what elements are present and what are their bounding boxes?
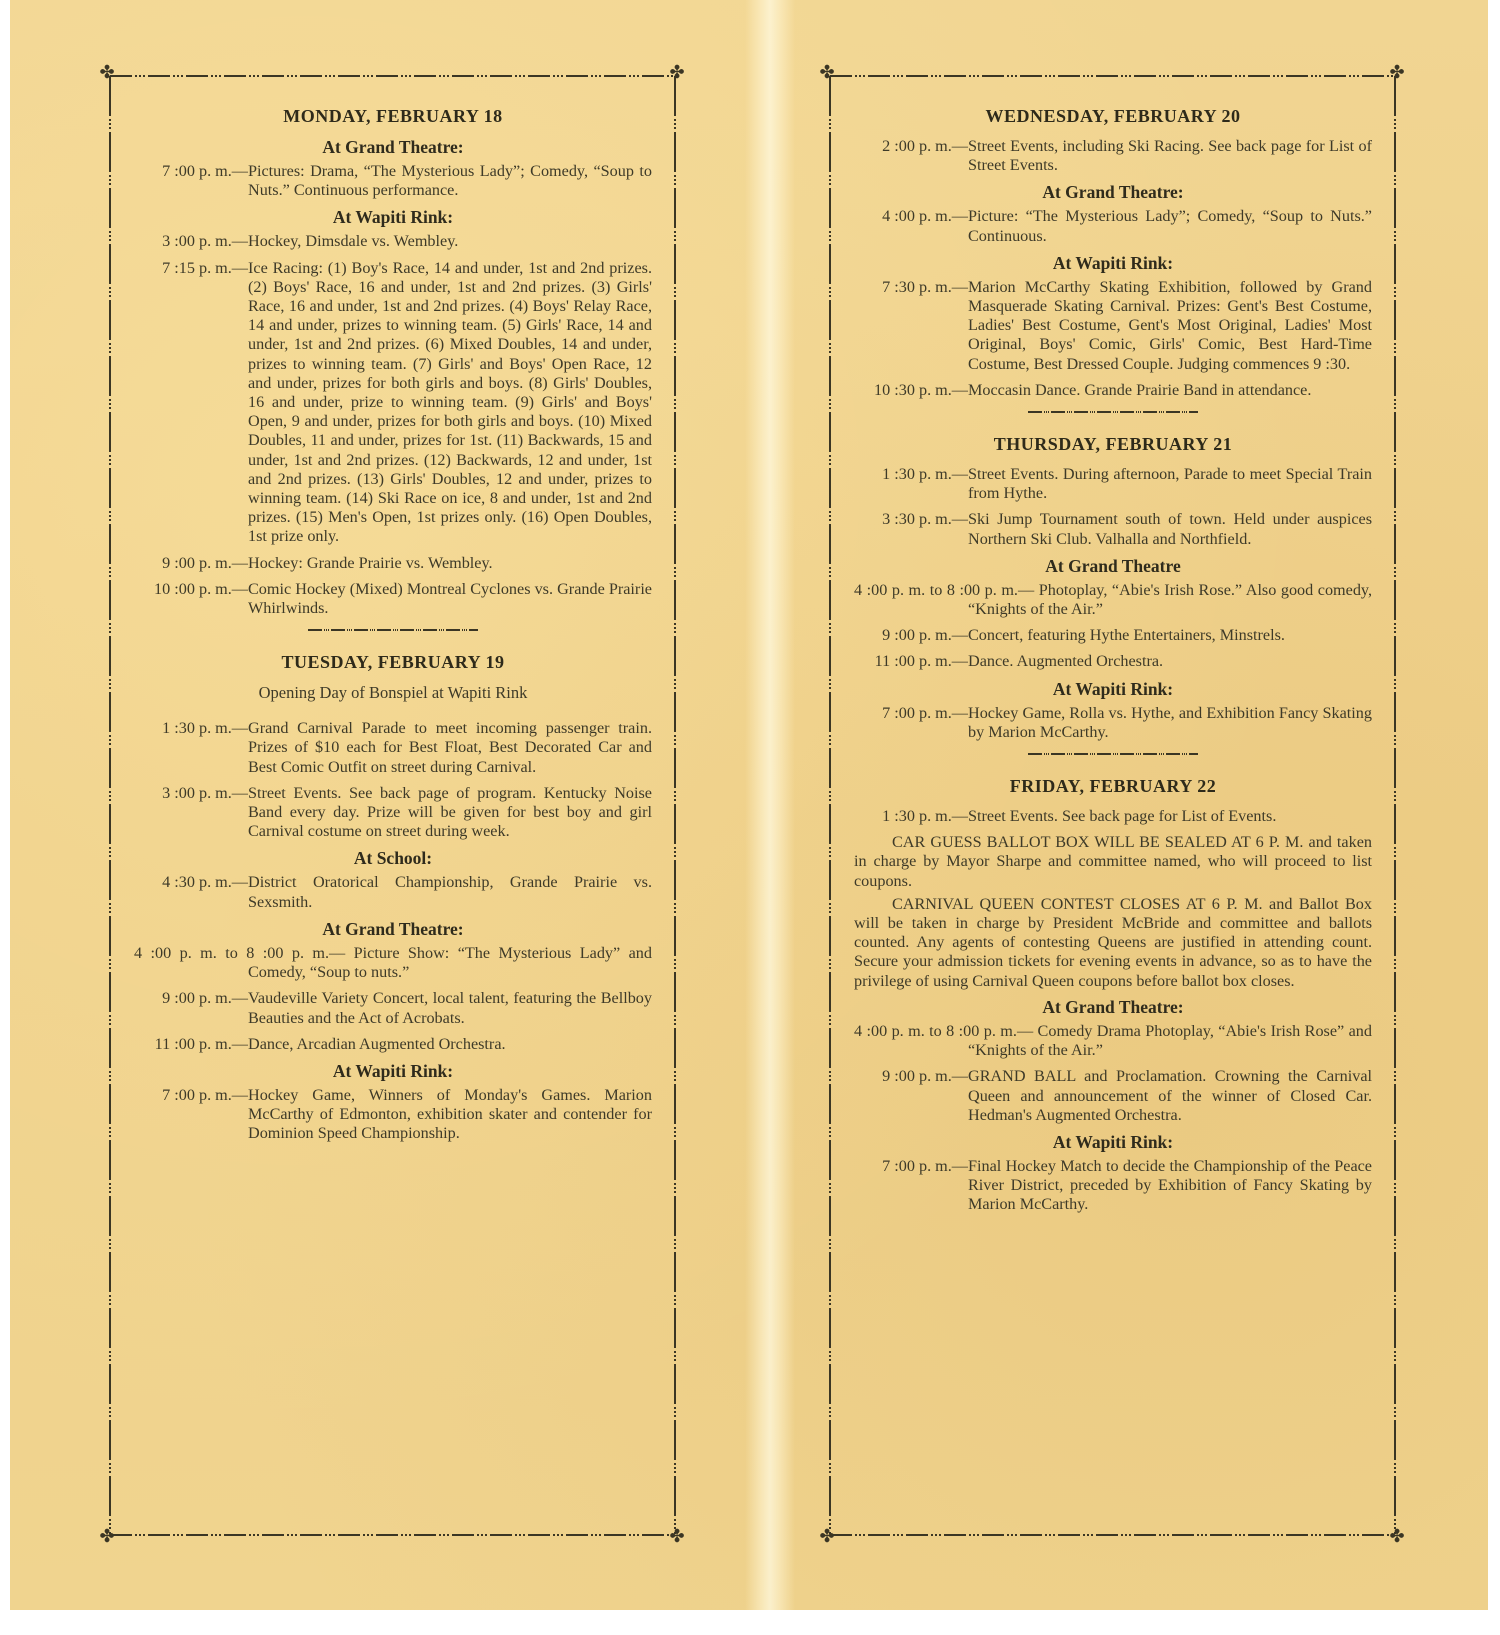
venue-heading: At Grand Theatre:	[134, 137, 652, 158]
entry-time: 7 :00 p. m.—	[854, 704, 968, 742]
entry-description: Moccasin Dance. Grande Prairie Band in a…	[968, 381, 1372, 400]
day-thursday: THURSDAY, FEBRUARY 21 1 :30 p. m.— Stree…	[854, 434, 1372, 742]
entry-time: 9 :00 p. m.—	[134, 554, 248, 573]
entry-description: Marion McCarthy Skating Exhibition, foll…	[968, 278, 1372, 374]
entry-time: 4 :00 p. m. to 8 :00 p. m.—	[854, 1022, 1033, 1040]
entry-time: 1 :30 p. m.—	[854, 807, 968, 826]
entry-time: 1 :30 p. m.—	[134, 719, 248, 777]
schedule-entry: 7 :00 p. m.— Hockey Game, Rolla vs. Hyth…	[854, 704, 1372, 742]
entry-time: 1 :30 p. m.—	[854, 465, 968, 503]
corner-ornament-icon: ✤	[669, 65, 685, 81]
notice-paragraph: CARNIVAL QUEEN CONTEST CLOSES AT 6 P. M.…	[854, 895, 1372, 991]
schedule-entry: 4 :00 p. m.— Picture: “The Mysterious La…	[854, 207, 1372, 245]
corner-ornament-icon: ✤	[99, 1529, 115, 1545]
entry-description: GRAND BALL and Proclamation. Crowning th…	[968, 1067, 1372, 1125]
schedule-entry: 9 :00 p. m.— Hockey: Grande Prairie vs. …	[134, 554, 652, 573]
paper-sheet: ✤ ✤ ✤ ✤ MONDAY, FEBRUARY 18 At Grand The…	[10, 0, 1488, 1610]
schedule-entry: 4 :00 p. m. to 8 :00 p. m.— Comedy Drama…	[854, 1022, 1372, 1060]
venue-heading: At Wapiti Rink:	[854, 253, 1372, 274]
center-fold	[745, 0, 795, 1610]
schedule-entry: 9 :00 p. m.— GRAND BALL and Proclamation…	[854, 1067, 1372, 1125]
entry-description: Hockey Game, Winners of Monday's Games. …	[248, 1086, 652, 1144]
entry-time: 10 :00 p. m.—	[134, 580, 248, 618]
entry-description: Concert, featuring Hythe Entertainers, M…	[968, 626, 1372, 645]
schedule-entry: 10 :30 p. m.— Moccasin Dance. Grande Pra…	[854, 381, 1372, 400]
entry-time: 7 :00 p. m.—	[134, 1086, 248, 1144]
entry-description: Hockey Game, Rolla vs. Hythe, and Exhibi…	[968, 704, 1372, 742]
day-title: MONDAY, FEBRUARY 18	[134, 106, 652, 127]
venue-heading: At School:	[134, 848, 652, 869]
day-friday: FRIDAY, FEBRUARY 22 1 :30 p. m.— Street …	[854, 776, 1372, 1214]
corner-ornament-icon: ✤	[1389, 1529, 1405, 1545]
corner-ornament-icon: ✤	[99, 65, 115, 81]
schedule-entry: 9 :00 p. m.— Concert, featuring Hythe En…	[854, 626, 1372, 645]
entry-time: 4 :00 p. m. to 8 :00 p. m.—	[854, 581, 1034, 599]
entry-description: Grand Carnival Parade to meet incoming p…	[248, 719, 652, 777]
schedule-entry: 3 :00 p. m.— Hockey, Dimsdale vs. Wemble…	[134, 232, 652, 251]
entry-description: Final Hockey Match to decide the Champio…	[968, 1157, 1372, 1215]
entry-time: 3 :00 p. m.—	[134, 784, 248, 842]
schedule-entry: 4 :00 p. m. to 8 :00 p. m.— Picture Show…	[134, 944, 652, 982]
corner-ornament-icon: ✤	[1389, 65, 1405, 81]
day-title: WEDNESDAY, FEBRUARY 20	[854, 106, 1372, 127]
schedule-entry: 7 :00 p. m.— Hockey Game, Winners of Mon…	[134, 1086, 652, 1144]
day-title: THURSDAY, FEBRUARY 21	[854, 434, 1372, 455]
entry-description: Dance, Arcadian Augmented Orchestra.	[248, 1035, 652, 1054]
entry-description: Pictures: Drama, “The Mysterious Lady”; …	[248, 162, 652, 200]
schedule-entry: 4 :00 p. m. to 8 :00 p. m.— Photoplay, “…	[854, 581, 1372, 619]
ornamental-border-left	[107, 76, 112, 1534]
ornamental-border-left	[827, 76, 832, 1534]
venue-heading: At Wapiti Rink:	[854, 679, 1372, 700]
corner-ornament-icon: ✤	[669, 1529, 685, 1545]
entry-description: Ski Jump Tournament south of town. Held …	[968, 510, 1372, 548]
schedule-entry: 9 :00 p. m.— Vaudeville Variety Concert,…	[134, 989, 652, 1027]
entry-time: 2 :00 p. m.—	[854, 137, 968, 175]
schedule-entry: 11 :00 p. m.— Dance. Augmented Orchestra…	[854, 652, 1372, 671]
entry-time: 4 :00 p. m.—	[854, 207, 968, 245]
entry-time: 4 :30 p. m.—	[134, 873, 248, 911]
entry-time: 9 :00 p. m.—	[854, 626, 968, 645]
venue-heading: At Wapiti Rink:	[134, 1061, 652, 1082]
ornamental-border-bottom	[110, 1532, 674, 1537]
entry-description: Comic Hockey (Mixed) Montreal Cyclones v…	[248, 580, 652, 618]
entry-time: 9 :00 p. m.—	[134, 989, 248, 1027]
day-title: TUESDAY, FEBRUARY 19	[134, 652, 652, 673]
venue-heading: At Grand Theatre:	[854, 182, 1372, 203]
entry-description: Vaudeville Variety Concert, local talent…	[248, 989, 652, 1027]
entry-time: 7 :00 p. m.—	[854, 1157, 968, 1215]
entry-description: Dance. Augmented Orchestra.	[968, 652, 1372, 671]
entry-description: Street Events. See back page for List of…	[968, 807, 1372, 826]
entry-description: Street Events. During afternoon, Parade …	[968, 465, 1372, 503]
day-monday: MONDAY, FEBRUARY 18 At Grand Theatre: 7 …	[134, 106, 652, 618]
corner-ornament-icon: ✤	[819, 1529, 835, 1545]
section-divider	[1028, 752, 1198, 756]
right-panel-content: WEDNESDAY, FEBRUARY 20 2 :00 p. m.— Stre…	[854, 102, 1372, 1222]
schedule-entry: 7 :30 p. m.— Marion McCarthy Skating Exh…	[854, 278, 1372, 374]
ornamental-border-right	[1392, 76, 1397, 1534]
entry-time: 11 :00 p. m.—	[134, 1035, 248, 1054]
entry-time: 7 :30 p. m.—	[854, 278, 968, 374]
day-wednesday: WEDNESDAY, FEBRUARY 20 2 :00 p. m.— Stre…	[854, 106, 1372, 400]
ornamental-border-right	[672, 76, 677, 1534]
schedule-entry: 7 :00 p. m.— Final Hockey Match to decid…	[854, 1157, 1372, 1215]
schedule-entry: 1 :30 p. m.— Street Events. During after…	[854, 465, 1372, 503]
entry-time: 7 :15 p. m.—	[134, 259, 248, 547]
day-title: FRIDAY, FEBRUARY 22	[854, 776, 1372, 797]
right-panel: ✤ ✤ ✤ ✤ WEDNESDAY, FEBRUARY 20 2 :00 p. …	[830, 76, 1394, 1534]
entry-time: 4 :00 p. m. to 8 :00 p. m.—	[134, 944, 345, 962]
entry-description: Hockey, Dimsdale vs. Wembley.	[248, 232, 652, 251]
entry-time: 9 :00 p. m.—	[854, 1067, 968, 1125]
entry-description: Street Events, including Ski Racing. See…	[968, 137, 1372, 175]
schedule-entry: 1 :30 p. m.— Street Events. See back pag…	[854, 807, 1372, 826]
entry-description: Picture: “The Mysterious Lady”; Comedy, …	[968, 207, 1372, 245]
schedule-entry: 3 :00 p. m.— Street Events. See back pag…	[134, 784, 652, 842]
entry-description: Ice Racing: (1) Boy's Race, 14 and under…	[248, 259, 652, 547]
schedule-entry: 4 :30 p. m.— District Oratorical Champio…	[134, 873, 652, 911]
venue-heading: At Grand Theatre:	[134, 919, 652, 940]
left-panel-content: MONDAY, FEBRUARY 18 At Grand Theatre: 7 …	[134, 102, 652, 1151]
section-divider	[308, 628, 478, 632]
notice-paragraph: CAR GUESS BALLOT BOX WILL BE SEALED AT 6…	[854, 833, 1372, 891]
section-divider	[1028, 410, 1198, 414]
venue-heading: At Grand Theatre:	[854, 997, 1372, 1018]
ornamental-border-top	[110, 73, 674, 78]
entry-description: District Oratorical Championship, Grande…	[248, 873, 652, 911]
venue-heading: At Wapiti Rink:	[854, 1132, 1372, 1153]
ornamental-border-top	[830, 73, 1394, 78]
schedule-entry: 11 :00 p. m.— Dance, Arcadian Augmented …	[134, 1035, 652, 1054]
entry-time: 3 :00 p. m.—	[134, 232, 248, 251]
day-tuesday: TUESDAY, FEBRUARY 19 Opening Day of Bons…	[134, 652, 652, 1143]
entry-time: 11 :00 p. m.—	[854, 652, 968, 671]
schedule-entry: 7 :15 p. m.— Ice Racing: (1) Boy's Race,…	[134, 259, 652, 547]
venue-heading: At Wapiti Rink:	[134, 207, 652, 228]
schedule-entry: 7 :00 p. m.— Pictures: Drama, “The Myste…	[134, 162, 652, 200]
schedule-entry: 1 :30 p. m.— Grand Carnival Parade to me…	[134, 719, 652, 777]
left-panel: ✤ ✤ ✤ ✤ MONDAY, FEBRUARY 18 At Grand The…	[110, 76, 674, 1534]
ornamental-border-bottom	[830, 1532, 1394, 1537]
entry-time: 7 :00 p. m.—	[134, 162, 248, 200]
schedule-entry: 10 :00 p. m.— Comic Hockey (Mixed) Montr…	[134, 580, 652, 618]
entry-time: 3 :30 p. m.—	[854, 510, 968, 548]
schedule-entry: 3 :30 p. m.— Ski Jump Tournament south o…	[854, 510, 1372, 548]
schedule-entry: 2 :00 p. m.— Street Events, including Sk…	[854, 137, 1372, 175]
entry-description: Street Events. See back page of program.…	[248, 784, 652, 842]
entry-description: Hockey: Grande Prairie vs. Wembley.	[248, 554, 652, 573]
venue-heading: At Grand Theatre	[854, 556, 1372, 577]
day-subtitle: Opening Day of Bonspiel at Wapiti Rink	[134, 683, 652, 703]
corner-ornament-icon: ✤	[819, 65, 835, 81]
entry-time: 10 :30 p. m.—	[854, 381, 968, 400]
